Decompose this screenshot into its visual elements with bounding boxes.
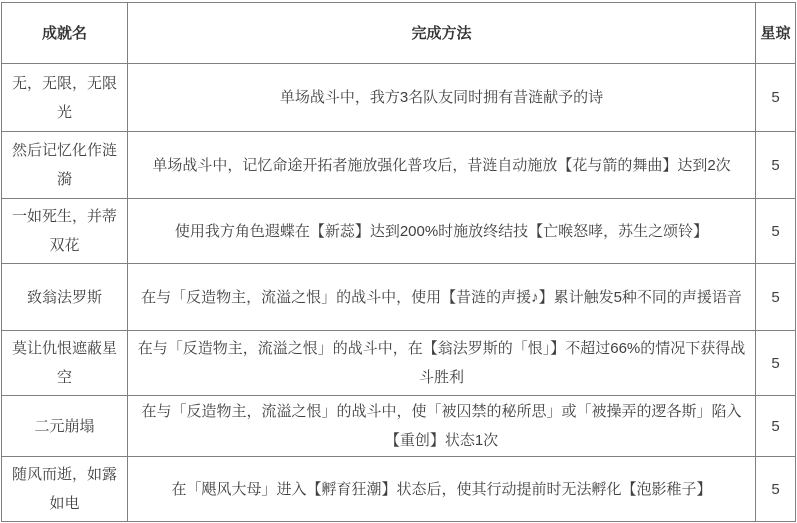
col-header-achievement-name: 成就名 xyxy=(2,3,128,64)
completion-method-cell: 在「飓风大母」进入【孵育狂潮】状态后，使其行动提前时无法孵化【泡影稚子】 xyxy=(128,457,756,522)
achievement-name-cell: 无，无限，无限光 xyxy=(2,64,128,132)
completion-method-cell: 在与「反造物主，流溢之恨」的战斗中，使「被囚禁的秘所思」或「被操弄的逻各斯」陷入… xyxy=(128,396,756,457)
stellar-jade-reward-cell: 5 xyxy=(756,331,796,396)
completion-method-cell: 单场战斗中，记忆命途开拓者施放强化普攻后，昔涟自动施放【花与箭的舞曲】达到2次 xyxy=(128,132,756,199)
table-row: 一如死生，并蒂双花使用我方角色遐蝶在【新蕊】达到200%时施放终结技【亡喉怒哮，… xyxy=(2,199,796,264)
stellar-jade-reward-cell: 5 xyxy=(756,264,796,331)
completion-method-cell: 在与「反造物主，流溢之恨」的战斗中，在【翁法罗斯的「恨」】不超过66%的情况下获… xyxy=(128,331,756,396)
completion-method-cell: 单场战斗中，我方3名队友同时拥有昔涟献予的诗 xyxy=(128,64,756,132)
table-row: 致翁法罗斯在与「反造物主，流溢之恨」的战斗中，使用【昔涟的声援♪】累计触发5种不… xyxy=(2,264,796,331)
completion-method-cell: 在与「反造物主，流溢之恨」的战斗中，使用【昔涟的声援♪】累计触发5种不同的声援语… xyxy=(128,264,756,331)
achievements-table: 成就名 完成方法 星琼 无，无限，无限光单场战斗中，我方3名队友同时拥有昔涟献予… xyxy=(1,2,796,522)
achievement-name-cell: 致翁法罗斯 xyxy=(2,264,128,331)
table-row: 二元崩塌在与「反造物主，流溢之恨」的战斗中，使「被囚禁的秘所思」或「被操弄的逻各… xyxy=(2,396,796,457)
stellar-jade-reward-cell: 5 xyxy=(756,199,796,264)
col-header-completion-method: 完成方法 xyxy=(128,3,756,64)
table-row: 莫让仇恨遮蔽星空在与「反造物主，流溢之恨」的战斗中，在【翁法罗斯的「恨」】不超过… xyxy=(2,331,796,396)
achievements-table-body: 无，无限，无限光单场战斗中，我方3名队友同时拥有昔涟献予的诗5然后记忆化作涟漪单… xyxy=(2,64,796,522)
achievement-name-cell: 二元崩塌 xyxy=(2,396,128,457)
stellar-jade-reward-cell: 5 xyxy=(756,64,796,132)
achievement-name-cell: 莫让仇恨遮蔽星空 xyxy=(2,331,128,396)
col-header-stellar-jade: 星琼 xyxy=(756,3,796,64)
stellar-jade-reward-cell: 5 xyxy=(756,396,796,457)
table-row: 无，无限，无限光单场战斗中，我方3名队友同时拥有昔涟献予的诗5 xyxy=(2,64,796,132)
table-row: 然后记忆化作涟漪单场战斗中，记忆命途开拓者施放强化普攻后，昔涟自动施放【花与箭的… xyxy=(2,132,796,199)
stellar-jade-reward-cell: 5 xyxy=(756,132,796,199)
achievement-name-cell: 然后记忆化作涟漪 xyxy=(2,132,128,199)
stellar-jade-reward-cell: 5 xyxy=(756,457,796,522)
header-row: 成就名 完成方法 星琼 xyxy=(2,3,796,64)
achievement-name-cell: 一如死生，并蒂双花 xyxy=(2,199,128,264)
table-row: 随风而逝，如露如电在「飓风大母」进入【孵育狂潮】状态后，使其行动提前时无法孵化【… xyxy=(2,457,796,522)
achievement-name-cell: 随风而逝，如露如电 xyxy=(2,457,128,522)
completion-method-cell: 使用我方角色遐蝶在【新蕊】达到200%时施放终结技【亡喉怒哮，苏生之颂铃】 xyxy=(128,199,756,264)
